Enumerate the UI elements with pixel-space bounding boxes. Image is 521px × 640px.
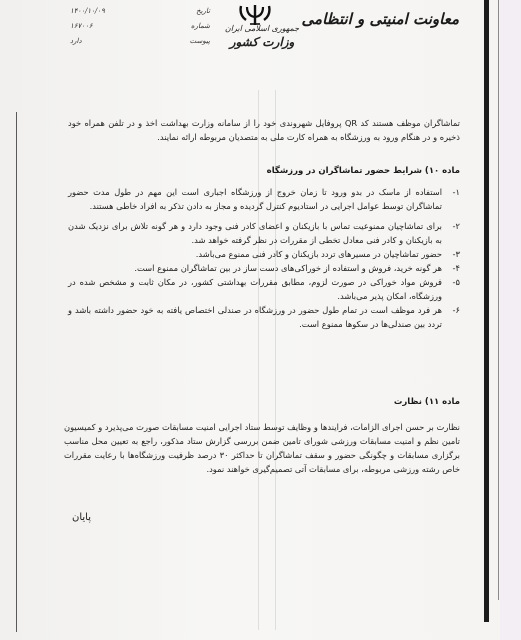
department-title: معاونت امنیتی و انتظامی bbox=[302, 10, 459, 28]
attachment-label: پیوست bbox=[180, 37, 210, 45]
attachment-value: دارد bbox=[70, 37, 160, 45]
number-value: ۱۶۷۰۰۶ bbox=[70, 22, 160, 30]
binding-shadow bbox=[484, 0, 489, 622]
number-label: شماره bbox=[180, 22, 210, 30]
republic-label: جمهوری اسلامی ایران bbox=[222, 24, 302, 33]
ministry-label: وزارت کشور bbox=[222, 35, 302, 49]
binding-edge-line bbox=[498, 0, 499, 600]
list-item: ۳-حضور تماشاچیان در مسیرهای تردد بازیکنا… bbox=[68, 247, 460, 261]
page-left-edge bbox=[16, 112, 17, 632]
article-11-paragraph: نظارت بر حسن اجرای الزامات، فرایندها و و… bbox=[64, 420, 460, 476]
article-10-heading: ماده ۱۰) شرایط حضور تماشاگران در ورزشگاه bbox=[267, 166, 460, 176]
article-11-heading: ماده ۱۱) نظارت bbox=[394, 397, 460, 407]
date-value: ۱۴۰۰/۱۰/۰۹ bbox=[70, 7, 160, 15]
scan-edge-strip bbox=[500, 0, 521, 640]
fold-line bbox=[258, 90, 259, 630]
list-item: ۶-هر فرد موظف است در تمام طول حضور در ور… bbox=[68, 303, 460, 331]
meta-number: شماره ۱۶۷۰۰۶ bbox=[70, 22, 210, 30]
list-item: ۴-هر گونه خرید، فروش و استفاده از خوراکی… bbox=[68, 261, 460, 275]
date-label: تاریخ bbox=[180, 7, 210, 15]
scanned-document-page: معاونت امنیتی و انتظامی جمهوری اسلامی ای… bbox=[0, 0, 521, 640]
iran-emblem-icon bbox=[238, 4, 272, 26]
intro-paragraph: تماشاگران موظف هستند کد QR پروفایل شهرون… bbox=[68, 116, 460, 144]
list-item: ۱-استفاده از ماسک در بدو ورود تا زمان خر… bbox=[68, 185, 460, 213]
article-10-list: ۱-استفاده از ماسک در بدو ورود تا زمان خر… bbox=[68, 185, 460, 331]
end-label: پایان bbox=[72, 512, 91, 523]
list-item: ۵-فروش مواد خوراکی در صورت لزوم، مطابق م… bbox=[68, 275, 460, 303]
list-item: ۲-برای تماشاچیان ممنوعیت تماس با بازیکنا… bbox=[68, 219, 460, 247]
meta-date: تاریخ ۱۴۰۰/۱۰/۰۹ bbox=[70, 7, 210, 15]
meta-attachment: پیوست دارد bbox=[70, 37, 210, 45]
